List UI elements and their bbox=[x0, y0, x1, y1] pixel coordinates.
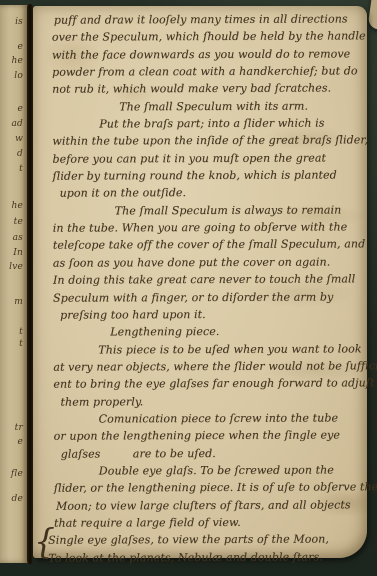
facing-page-word-fragment: In bbox=[13, 248, 23, 258]
facing-page-word-fragment: he bbox=[11, 56, 23, 66]
facing-page-word-fragment: lo bbox=[14, 71, 23, 81]
facing-page-word-fragment: he bbox=[11, 201, 23, 211]
manuscript-line: Speculum with a finger, or to diſorder t… bbox=[53, 288, 363, 307]
manuscript-line: ſlider by turning round the knob, which … bbox=[52, 166, 362, 185]
manuscript-line: In doing this take great care never to t… bbox=[53, 270, 363, 289]
manuscript-line: upon it on the outſide. bbox=[60, 184, 363, 203]
manuscript-photo: iseheloeadwdtheteasInlvemtttreflede { pu… bbox=[0, 0, 377, 576]
manuscript-line: over the Speculum, which ſhould be held … bbox=[52, 28, 362, 47]
facing-page-word-fragment: de bbox=[12, 494, 24, 504]
facing-page-edge: iseheloeadwdtheteasInlvemtttreflede bbox=[0, 5, 28, 563]
manuscript-page: { puff and draw it looſely many times in… bbox=[33, 6, 367, 558]
facing-page-word-fragment: e bbox=[17, 42, 23, 52]
manuscript-line: Double eye glaſs. To be ſcrewed upon the bbox=[99, 461, 364, 479]
facing-page-word-fragment: te bbox=[14, 217, 23, 227]
manuscript-line: in the tube. When you are going to obſer… bbox=[53, 218, 363, 237]
manuscript-line: with the face downwards as you would do … bbox=[52, 45, 362, 64]
facing-page-word-fragment: is bbox=[15, 17, 23, 27]
manuscript-line: The ſmall Speculum is always to remain bbox=[115, 201, 363, 219]
facing-page-word-fragment: as bbox=[13, 233, 23, 243]
facing-page-word-fragment: tr bbox=[15, 423, 23, 433]
facing-page-word-fragment: fle bbox=[11, 469, 23, 479]
manuscript-line: To look at the planets, Nebulæ and doubl… bbox=[48, 548, 364, 567]
manuscript-line: This piece is to be uſed when you want t… bbox=[98, 340, 363, 358]
manuscript-line: or upon the lengthening piece when the ſ… bbox=[54, 427, 364, 446]
facing-page-word-fragment: t bbox=[19, 339, 23, 349]
manuscript-line: teleſcope take off the cover of the ſmal… bbox=[53, 236, 363, 255]
manuscript-line: Lengthening piece. bbox=[110, 323, 363, 341]
manuscript-line: ſlider, or the lengthening piece. It is … bbox=[54, 479, 364, 498]
manuscript-line: within the tube upon the inſide of the g… bbox=[52, 132, 362, 151]
manuscript-line: at very near objects, where the ſlider w… bbox=[53, 357, 363, 376]
manuscript-line: puff and draw it looſely many times in a… bbox=[54, 10, 362, 29]
manuscript-line: Moon; to view large cluſters of ſtars, a… bbox=[56, 496, 364, 515]
manuscript-line: The ſmall Speculum with its arm. bbox=[119, 97, 362, 115]
underlying-page-corner bbox=[367, 0, 377, 30]
manuscript-line: that require a large field of view. bbox=[54, 513, 364, 532]
manuscript-line: them properly. bbox=[60, 392, 363, 411]
facing-page-word-fragment: e bbox=[17, 437, 23, 447]
manuscript-line: as ſoon as you have done put the cover o… bbox=[53, 253, 363, 272]
manuscript-line: ent to bring the eye glaſses far enough … bbox=[53, 375, 363, 394]
facing-page-word-fragment: w bbox=[15, 134, 23, 144]
manuscript-line: before you can put it in you muſt open t… bbox=[52, 149, 362, 168]
facing-page-word-fragment: e bbox=[17, 104, 23, 114]
manuscript-line: glaſses are to be uſed. bbox=[61, 444, 364, 463]
facing-page-word-fragment: t bbox=[19, 164, 23, 174]
manuscript-line: powder from a clean coat with a handkerc… bbox=[52, 62, 362, 81]
manuscript-line: Comunication piece to ſcrew into the tub… bbox=[99, 409, 364, 427]
facing-page-word-fragment: m bbox=[14, 297, 23, 307]
manuscript-line: preſsing too hard upon it. bbox=[60, 305, 363, 324]
handwritten-text-block: puff and draw it looſely many times in a… bbox=[52, 10, 364, 566]
manuscript-line: Put the braſs part; into a ſlider which … bbox=[99, 114, 362, 132]
manuscript-line: Single eye glaſses, to view the parts of… bbox=[48, 531, 364, 550]
manuscript-line: not rub it, which would make very bad ſc… bbox=[52, 80, 362, 99]
facing-page-word-fragment: d bbox=[17, 149, 23, 159]
facing-page-word-fragment: t bbox=[19, 327, 23, 337]
facing-page-word-fragment: ad bbox=[11, 119, 23, 129]
facing-page-word-fragment: lve bbox=[9, 262, 23, 272]
